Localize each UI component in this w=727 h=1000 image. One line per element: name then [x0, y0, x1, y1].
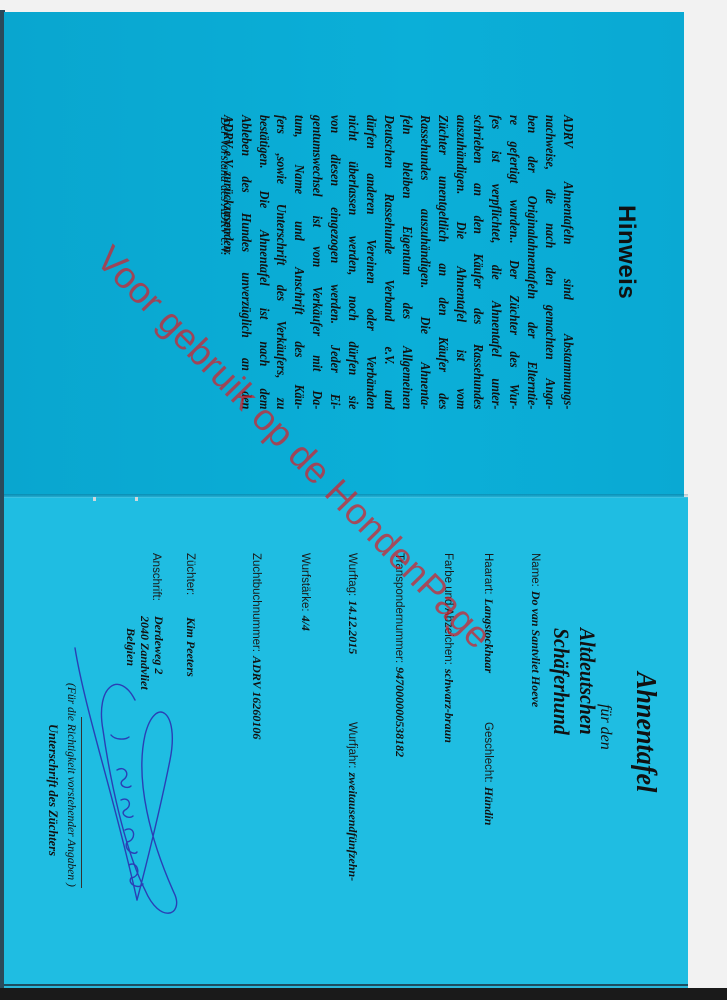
field-label: Name:	[529, 553, 541, 587]
hinweis-line: schrieben an den Käufer des Rassehundes	[470, 115, 488, 409]
ahnentafel-title: Ahnentafel	[629, 672, 662, 792]
hinweis-line: nachweise, die nach den gemachten Anga-	[541, 115, 559, 409]
field-anschrift: Anschrift:	[148, 553, 166, 601]
scan-edge	[0, 988, 727, 1000]
field-label: Anschrift:	[150, 553, 162, 601]
field-value: 4/4	[299, 616, 313, 631]
hinweis-line: re gefertigt wurden.. Der Züchter des Wu…	[505, 115, 523, 409]
field-zuchtbuchnummer: Zuchtbuchnummer:ADRV 16260106	[248, 553, 266, 739]
hinweis-line: Züchter unentgeltlich an den Käufer des	[434, 115, 452, 409]
hinweis-line: gentumswechsel ist vom Verkäufer mit Da-	[308, 115, 326, 409]
field-wurftag: Wurftag:14.12.2015	[344, 553, 362, 654]
field-label: Wurfstärke:	[299, 553, 311, 612]
field-value: ADRV 16260106	[250, 656, 264, 739]
hinweis-line: von diesen eingezogen werden. Jeder Ei-	[326, 115, 344, 409]
staple-icon	[93, 497, 96, 501]
field-label: Haarart:	[482, 553, 494, 595]
field-value: 14.12.2015	[346, 600, 360, 654]
field-value: schwarz-braun	[442, 669, 456, 743]
field-name: Name:Do van Santvliet Hoeve	[527, 553, 545, 707]
signature-caption: Unterschrift des Züchters	[45, 724, 60, 856]
hinweis-line: Deutschen Rassehunde Verband e.V. und	[380, 115, 398, 409]
hinweis-line: dürfen anderen Vereinen oder Verbänden	[362, 115, 380, 409]
field-value: 947000000538182	[393, 667, 407, 757]
hinweis-line: ADRV Ahnentafeln sind Abstammungs-	[559, 115, 577, 409]
hinweis-line: auszuhändigen. Die Ahnentafel ist vom	[452, 115, 470, 409]
hinweis-line: nicht überlassen werden, noch dürfen sie	[344, 115, 362, 409]
field-geschlecht: Geschlecht:Hündin	[480, 722, 498, 825]
field-label: Zuchtbuchnummer:	[250, 553, 262, 652]
hinweis-body: ADRV Ahnentafeln sind Abstammungs-nachwe…	[219, 115, 577, 409]
hinweis-line: tum, Name und Anschrift des Käu-	[291, 115, 309, 409]
hinweis-signature: Der Vorstand des ADRV e.V.	[217, 117, 233, 255]
field-value: Hündin	[482, 787, 496, 826]
breed-title: Altdeutschen Schäferhund	[548, 628, 600, 742]
field-wurfstaerke: Wurfstärke:4/4	[297, 553, 315, 631]
hinweis-line: ben der Originalahnentafeln der Elternti…	[523, 115, 541, 409]
field-label: Wurftag:	[346, 553, 358, 596]
field-label: Züchter:	[184, 553, 196, 595]
field-wurfjahr: Wurfjahr:zweitausendfünfzehn-	[344, 722, 362, 881]
hinweis-title: Hinweis	[612, 205, 640, 299]
hinweis-line: fes ist verpflichtet, die Ahnentafel unt…	[487, 115, 505, 409]
field-label: Wurfjahr:	[346, 722, 358, 768]
hinweis-line: feln bleiben Eigentum des Allgemeinen	[398, 115, 416, 409]
staple-icon	[135, 497, 138, 501]
signature-scribble	[65, 640, 205, 930]
hinweis-line: fers ,sowie Unterschrift des Verkäufers,…	[273, 115, 291, 409]
field-value: zweitausendfünfzehn-	[346, 772, 360, 881]
field-label: Geschlecht:	[482, 722, 494, 783]
field-value: Do van Santvliet Hoeve	[529, 591, 543, 707]
hinweis-line: bestätigen. Die Ahnentafel ist nach dem	[255, 115, 273, 409]
hinweis-line: Rassehundes auszuhändigen. Die Ahnenta-	[416, 115, 434, 409]
